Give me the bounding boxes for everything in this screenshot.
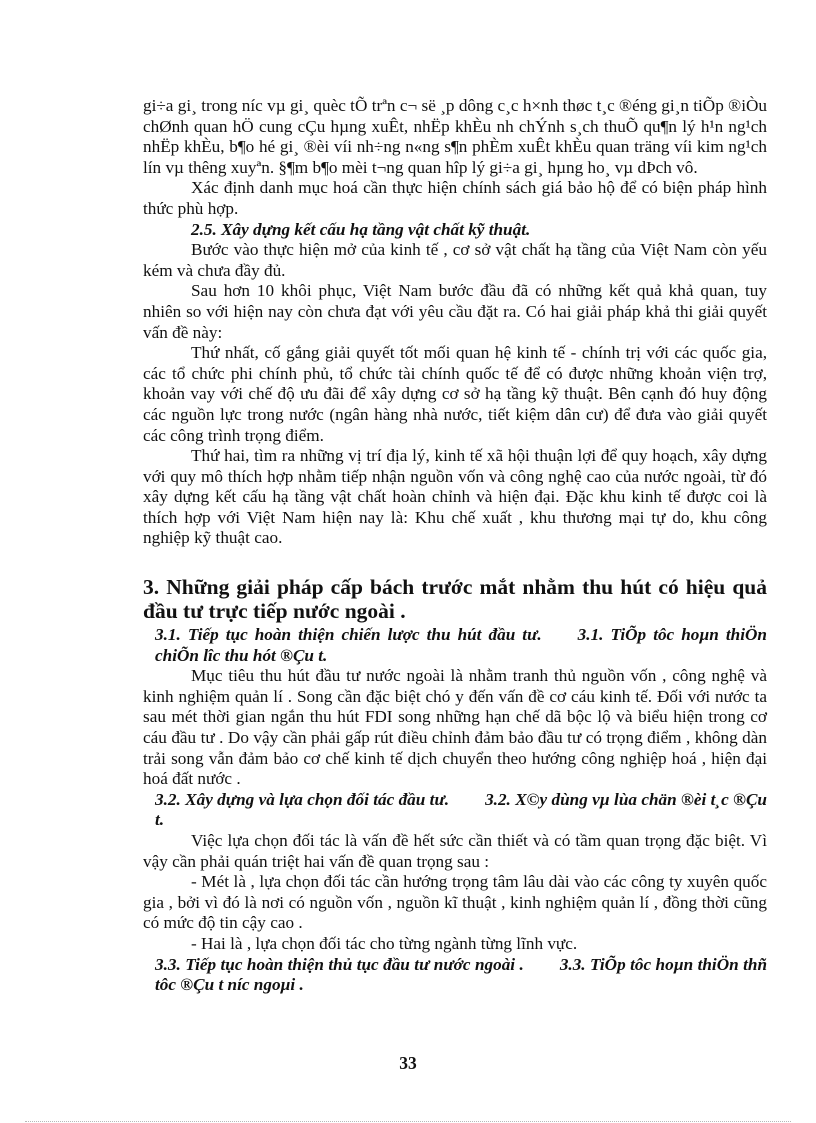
subheading-3-1: 3.1. Tiếp tục hoàn thiện chiến lược thu … — [143, 625, 767, 666]
section-heading-3: 3. Những giải pháp cấp bách trước mắt nh… — [143, 575, 767, 623]
list-item-first: - Mét là , lựa chọn đối tác cần hướng tr… — [143, 872, 767, 934]
paragraph-partner-selection: Việc lựa chọn đối tác là vấn đề hết sức … — [143, 831, 767, 872]
paragraph-second-solution: Thứ hai, tìm ra những vị trí địa lý, kin… — [143, 446, 767, 549]
page-bottom-dotted-rule — [25, 1121, 791, 1122]
subheading-2-5: 2.5. Xây dựng kết cấu hạ tầng vật chất k… — [143, 220, 767, 241]
subheading-3-3-text: 3.3. Tiếp tục hoàn thiện thủ tục đầu tư … — [155, 955, 524, 974]
paragraph-fdi-objectives: Mục tiêu thu hút đầu tư nước ngoài là nh… — [143, 666, 767, 790]
paragraph-price-protection: Xác định danh mục hoá cần thực hiện chín… — [143, 178, 767, 219]
page-number: 33 — [0, 1053, 816, 1074]
list-item-second: - Hai là , lựa chọn đối tác cho từng ngà… — [143, 934, 767, 955]
document-page: gi÷a gi¸ trong n­íc vµ gi¸ quèc tÕ trªn … — [143, 96, 767, 996]
paragraph-legacy-encoded: gi÷a gi¸ trong n­íc vµ gi¸ quèc tÕ trªn … — [143, 96, 767, 178]
paragraph-first-solution: Thứ nhất, cố gắng giải quyết tốt mối qua… — [143, 343, 767, 446]
paragraph-infrastructure-intro: Bước vào thực hiện mở của kinh tế , cơ s… — [143, 240, 767, 281]
subheading-3-1-text: 3.1. Tiếp tục hoàn thiện chiến lược thu … — [155, 625, 542, 644]
subheading-3-2: 3.2. Xây dựng và lựa chọn đối tác đầu tư… — [143, 790, 767, 831]
paragraph-recovery: Sau hơn 10 khôi phục, Việt Nam bước đầu … — [143, 281, 767, 343]
subheading-3-2-text: 3.2. Xây dựng và lựa chọn đối tác đầu tư… — [155, 790, 449, 809]
subheading-3-3: 3.3. Tiếp tục hoàn thiện thủ tục đầu tư … — [143, 955, 767, 996]
